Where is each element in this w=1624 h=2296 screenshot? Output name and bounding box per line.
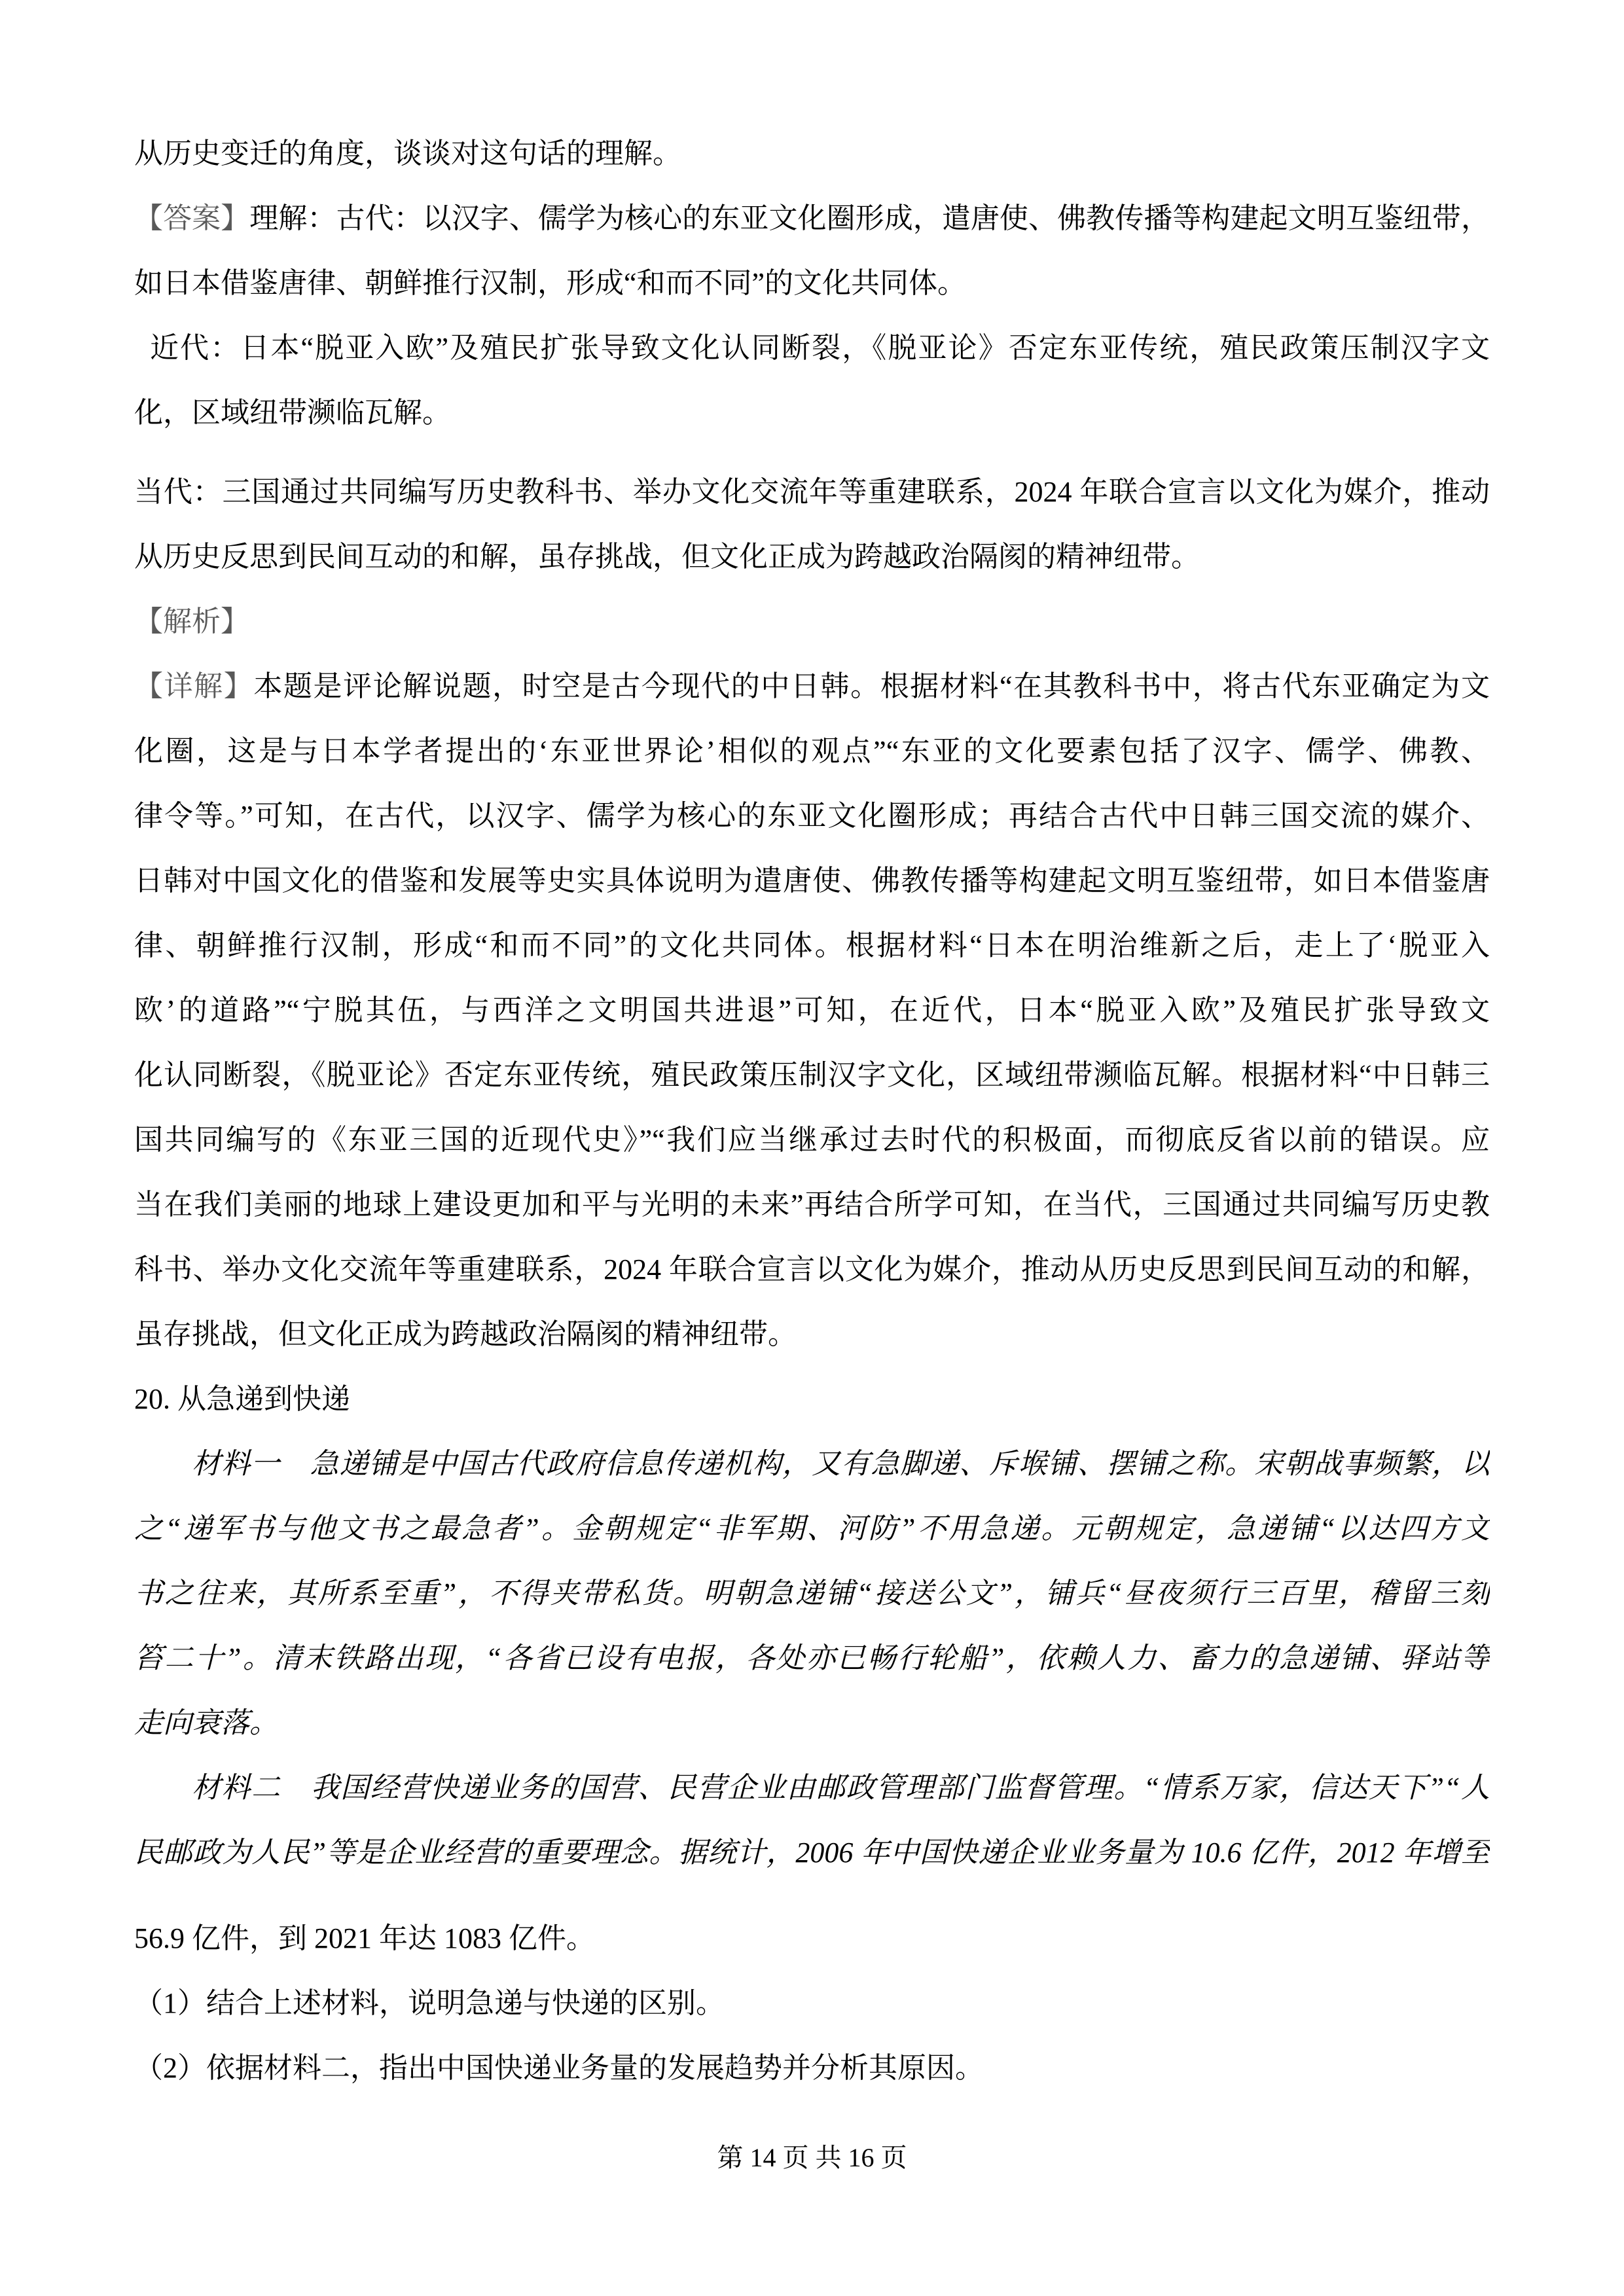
detail-line-7: 化认同断裂，《脱亚论》否定东亚传统，殖民政策压制汉字文化，区域纽带濒临瓦解。根据…	[134, 1043, 1490, 1107]
document-page: { "colors": { "marker_gray": "#595959", …	[0, 0, 1624, 2296]
detail-line-2: 化圈，这是与日本学者提出的‘东亚世界论’相似的观点”“东亚的文化要素包括了汉字、…	[134, 719, 1490, 783]
modern-era-line-1: 近代：日本“脱亚入欧”及殖民扩张导致文化认同断裂，《脱亚论》否定东亚传统，殖民政…	[134, 315, 1490, 380]
answer-line-2: 如日本借鉴唐律、朝鲜推行汉制，形成“和而不同”的文化共同体。	[134, 251, 1490, 315]
answer-line-1: 【答案】理解：古代：以汉字、儒学为核心的东亚文化圈形成，遣唐使、佛教传播等构建起…	[134, 186, 1490, 251]
question-20-title: 20. 从急递到快递	[134, 1367, 1490, 1431]
detail-line-10: 科书、举办文化交流年等重建联系，2024 年联合宣言以文化为媒介，推动从历史反思…	[134, 1237, 1490, 1302]
detail-marker: 【详解】	[134, 670, 253, 702]
material-1-line-5: 走向衰落。	[134, 1691, 1490, 1755]
detail-line-11: 虽存挑战，但文化正成为跨越政治隔阂的精神纽带。	[134, 1302, 1490, 1367]
contemporary-era-line-1: 当代：三国通过共同编写历史教科书、举办文化交流年等重建联系，2024 年联合宣言…	[134, 459, 1490, 524]
detail-text-1: 本题是评论解说题，时空是古今现代的中日韩。根据材料“在其教科书中，将古代东亚确定…	[253, 670, 1490, 702]
detail-line-9: 当在我们美丽的地球上建设更加和平与光明的未来”再结合所学可知，在当代，三国通过共…	[134, 1172, 1490, 1237]
page-footer: 第 14 页 共 16 页	[0, 2142, 1624, 2174]
material-1-line-1: 材料一 急递铺是中国古代政府信息传递机构，又有急脚递、斥堠铺、摆铺之称。宋朝战事…	[134, 1431, 1490, 1496]
modern-era-line-2: 化，区域纽带濒临瓦解。	[134, 380, 1490, 445]
analysis-marker: 【解析】	[134, 605, 249, 637]
detail-line-3: 律令等。”可知，在古代，以汉字、儒学为核心的东亚文化圈形成；再结合古代中日韩三国…	[134, 783, 1490, 848]
material-2-line-3: 56.9 亿件，到 2021 年达 1083 亿件。	[134, 1906, 1490, 1971]
answer-marker: 【答案】	[134, 202, 249, 234]
detail-line-4: 日韩对中国文化的借鉴和发展等史实具体说明为遣唐使、佛教传播等构建起文明互鉴纽带，…	[134, 848, 1490, 913]
analysis-marker-line: 【解析】	[134, 589, 1490, 654]
detail-line-1: 【详解】本题是评论解说题，时空是古今现代的中日韩。根据材料“在其教科书中，将古代…	[134, 654, 1490, 719]
question-stem-line: 从历史变迁的角度，谈谈对这句话的理解。	[134, 121, 1490, 186]
material-1-line-2: 之“递军书与他文书之最急者”。金朝规定“非军期、河防”不用急递。元朝规定，急递铺…	[134, 1496, 1490, 1561]
answer-text-1: 理解：古代：以汉字、儒学为核心的东亚文化圈形成，遣唐使、佛教传播等构建起文明互鉴…	[249, 202, 1490, 234]
sub-question-1: （1）结合上述材料，说明急递与快递的区别。	[134, 1971, 1490, 2036]
detail-line-8: 国共同编写的《东亚三国的近现代史》”“我们应当继承过去时代的积极面，而彻底反省以…	[134, 1107, 1490, 1172]
material-2-line-2: 民邮政为人民”等是企业经营的重要理念。据统计，2006 年中国快递企业业务量为 …	[134, 1820, 1490, 1885]
sub-question-2: （2）依据材料二，指出中国快递业务量的发展趋势并分析其原因。	[134, 2036, 1490, 2100]
detail-line-6: 欧’的道路”“宁脱其伍，与西洋之文明国共进退”可知，在近代，日本“脱亚入欧”及殖…	[134, 978, 1490, 1043]
material-1-line-3: 书之往来，其所系至重”，不得夹带私货。明朝急递铺“接送公文”，铺兵“昼夜须行三百…	[134, 1561, 1490, 1626]
detail-line-5: 律、朝鲜推行汉制，形成“和而不同”的文化共同体。根据材料“日本在明治维新之后，走…	[134, 913, 1490, 978]
page-body: 从历史变迁的角度，谈谈对这句话的理解。 【答案】理解：古代：以汉字、儒学为核心的…	[0, 0, 1624, 2100]
contemporary-era-line-2: 从历史反思到民间互动的和解，虽存挑战，但文化正成为跨越政治隔阂的精神纽带。	[134, 524, 1490, 589]
material-1-line-4: 笞二十”。清末铁路出现，“各省已设有电报，各处亦已畅行轮船”，依赖人力、畜力的急…	[134, 1626, 1490, 1691]
material-2-line-1: 材料二 我国经营快递业务的国营、民营企业由邮政管理部门监督管理。“情系万家，信达…	[134, 1755, 1490, 1820]
